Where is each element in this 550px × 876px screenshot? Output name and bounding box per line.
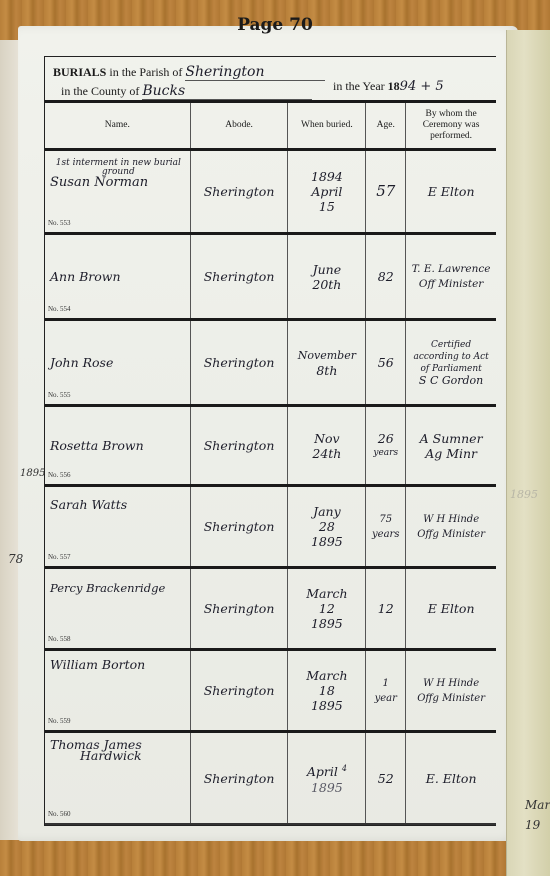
entry-name: Percy Brackenridge (50, 583, 165, 594)
table-row: 1st interment in new burial ground Susan… (45, 151, 496, 235)
entry-officiant: A Sumner (420, 431, 483, 446)
entry-abode: Sherington (191, 151, 289, 232)
table-row: Thomas James Hardwick No. 560 Sherington… (45, 733, 496, 825)
entry-age: 57 (366, 151, 406, 232)
entry-number: No. 557 (48, 552, 71, 563)
entry-age-unit: years (372, 527, 399, 542)
entry-officiant-role: Offg Minister (417, 691, 485, 706)
column-header-when-buried: When buried. (288, 103, 366, 148)
entry-burial-month: November (298, 348, 356, 363)
year-value: 94 + 5 (400, 79, 444, 94)
entry-burial-month: June (313, 262, 342, 277)
entry-age: 52 (366, 733, 406, 823)
entry-age: 1 (383, 676, 389, 691)
entry-officiant: Certified according to Act of Parliament (409, 339, 493, 375)
entry-officiant-role: Offg Minister (417, 527, 485, 542)
table-row: Percy Brackenridge No. 558 Sherington Ma… (45, 569, 496, 651)
entry-burial-year: 1895 (311, 616, 343, 631)
register-header: BURIALS in the Parish of Sherington in t… (45, 57, 496, 103)
entry-burial-month: March (306, 668, 347, 683)
entry-burial-year: 1895 (311, 780, 343, 795)
entry-burial-day: 20th (312, 277, 341, 292)
table-row: Sarah Watts No. 557 Sherington Jany 28 1… (45, 487, 496, 569)
entry-officiant: E. Elton (406, 733, 496, 823)
column-headers: Name. Abode. When buried. Age. By whom t… (45, 103, 496, 151)
entry-officiant: E Elton (406, 569, 496, 648)
entry-burial-day: 15 (319, 199, 335, 214)
entry-age-unit: years (373, 446, 398, 461)
entry-burial-day: 12 (319, 601, 335, 616)
table-row: Rosetta Brown No. 556 Sherington Nov 24t… (45, 407, 496, 487)
table-row: John Rose No. 555 Sherington November 8t… (45, 321, 496, 407)
entry-abode: Sherington (191, 733, 289, 823)
entry-age: 75 (379, 512, 392, 527)
table-row: Ann Brown No. 554 Sherington June 20th 8… (45, 235, 496, 321)
column-header-officiant: By whom the Ceremony was performed. (406, 103, 496, 148)
entry-number: No. 553 (48, 218, 71, 229)
table-row: William Borton No. 559 Sherington March … (45, 651, 496, 733)
entry-officiant: E Elton (406, 151, 496, 232)
next-page-note: Mar 19 (525, 795, 550, 835)
county-line: in the County of Bucks (61, 83, 312, 100)
entry-officiant-role: Off Minister (419, 277, 483, 292)
year-line: in the Year 1894 + 5 (333, 79, 444, 94)
entry-name: Susan Norman (50, 177, 148, 188)
entry-officiant: T. E. Lawrence (412, 262, 491, 277)
entry-burial-year: 1895 (311, 534, 343, 549)
entry-burial-month: Jany (313, 504, 341, 519)
entry-number: No. 556 (48, 470, 71, 481)
entry-burial-year: 1894 (311, 169, 343, 184)
faint-bleed-through-year: 1895 (510, 488, 538, 501)
column-header-abode: Abode. (191, 103, 289, 148)
next-page-edge (506, 30, 550, 876)
parish-line: BURIALS in the Parish of Sherington (53, 64, 325, 81)
entry-number: No. 555 (48, 390, 71, 401)
entry-burial-month: Nov (314, 431, 340, 446)
margin-year-1895: 1895 (20, 468, 45, 479)
entry-officiant: W H Hinde (423, 512, 479, 527)
entry-age: 56 (366, 321, 406, 404)
entry-burial-day: 8th (316, 363, 337, 378)
entry-name: Rosetta Brown (50, 440, 144, 451)
parish-value: Sherington (185, 64, 325, 81)
margin-number-78: 78 (8, 552, 23, 566)
entry-burial-year: 1895 (311, 698, 343, 713)
entry-burial-month: April (307, 765, 338, 780)
entry-name: John Rose (50, 357, 113, 368)
entry-burial-day: 28 (319, 519, 335, 534)
entry-burial-day: 4 (342, 764, 347, 773)
entry-name: Ann Brown (50, 271, 121, 282)
burial-register-table: BURIALS in the Parish of Sherington in t… (44, 56, 496, 826)
entry-name-line2: Hardwick (50, 750, 142, 761)
entry-age: 26 (378, 431, 394, 446)
entry-officiant-role: Ag Minr (425, 446, 477, 461)
entry-burial-day: 24th (312, 446, 341, 461)
entry-abode: Sherington (191, 569, 289, 648)
entry-number: No. 558 (48, 634, 71, 645)
entry-age-unit: year (375, 691, 397, 706)
county-value: Bucks (142, 83, 312, 100)
entry-number: No. 554 (48, 304, 71, 315)
column-header-name: Name. (45, 103, 191, 148)
entry-officiant-role: S C Gordon (419, 375, 483, 387)
entry-officiant: W H Hinde (423, 676, 479, 691)
entry-abode: Sherington (191, 407, 289, 484)
entry-burial-month: April (311, 184, 342, 199)
entry-age: 82 (366, 235, 406, 318)
entry-abode: Sherington (191, 321, 289, 404)
entry-abode: Sherington (191, 235, 289, 318)
entry-age: 12 (366, 569, 406, 648)
entry-name: Sarah Watts (50, 499, 127, 510)
entry-abode: Sherington (191, 651, 289, 730)
entry-burial-month: March (306, 586, 347, 601)
entry-burial-day: 18 (319, 683, 335, 698)
entry-number: No. 559 (48, 716, 71, 727)
entry-name: William Borton (50, 659, 145, 670)
entry-number: No. 560 (48, 809, 71, 820)
entry-abode: Sherington (191, 487, 289, 566)
page-title: Page 70 (0, 15, 550, 35)
column-header-age: Age. (366, 103, 406, 148)
